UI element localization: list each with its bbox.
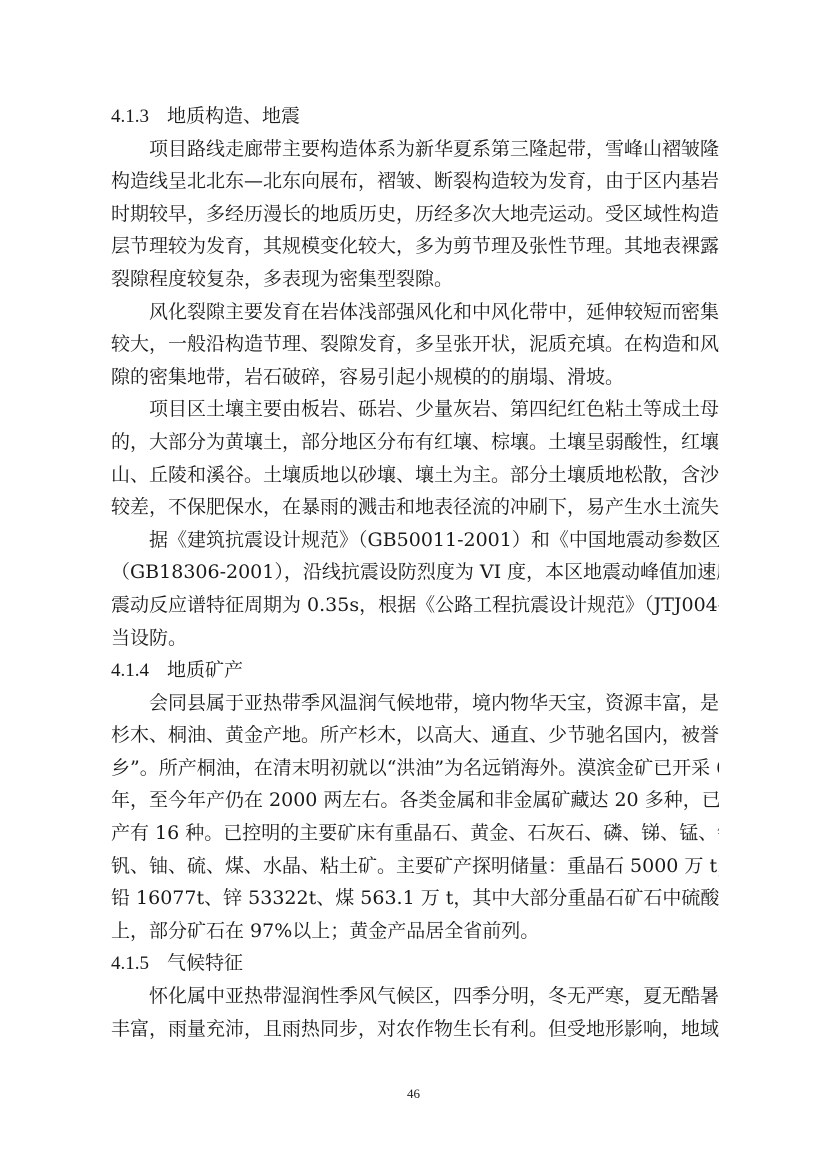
text-line: 项目区土壤主要由板岩、砾岩、少量灰岩、第四纪红色粘土等成土母质发育而成 xyxy=(111,393,719,426)
text-line: 杉木、桐油、黄金产地。所产杉木，以高大、通直、少节驰名国内，被誉为“广木之 xyxy=(111,719,719,752)
text-line: 较差，不保肥保水，在暴雨的溅击和地表径流的冲刷下，易产生水土流失。 xyxy=(111,491,719,524)
section-title: 地质矿产 xyxy=(167,659,243,681)
paragraph: 项目路线走廊带主要构造体系为新华夏系第三隆起带，雪峰山褶皱隆起带北端，构造线呈北… xyxy=(111,133,719,296)
paragraph: 项目区土壤主要由板岩、砾岩、少量灰岩、第四纪红色粘土等成土母质发育而成的，大部分… xyxy=(111,393,719,523)
section-heading: 4.1.5气候特征 xyxy=(111,947,719,980)
text-line: 铅 16077t、锌 53322t、煤 563.1 万 t，其中大部分重晶石矿石… xyxy=(111,882,719,915)
text-line: 的，大部分为黄壤土，部分地区分布有红壤、棕壤。土壤呈弱酸性，红壤多分布于低 xyxy=(111,426,719,459)
text-line: 隙的密集地带，岩石破碎，容易引起小规模的的崩塌、滑坡。 xyxy=(111,361,719,394)
text-line: 山、丘陵和溪谷。土壤质地以砂壤、壤土为主。部分土壤质地松散，含沙量多，粘性 xyxy=(111,459,719,492)
text-line: 较大，一般沿构造节理、裂隙发育，多呈张开状，泥质充填。在构造和风化节理、裂 xyxy=(111,328,719,361)
section-title: 地质构造、地震 xyxy=(167,105,300,127)
text-line: 上，部分矿石在 97%以上；黄金产品居全省前列。 xyxy=(111,915,719,948)
document-page: 4.1.3地质构造、地震项目路线走廊带主要构造体系为新华夏系第三隆起带，雪峰山褶… xyxy=(111,100,719,1045)
section-title: 气候特征 xyxy=(167,952,243,974)
text-line: 据《建筑抗震设计规范》（GB50011-2001）和《中国地震动参数区划图》 xyxy=(111,524,719,557)
text-line: 层节理较为发育，其规模变化较大，多为剪节理及张性节理。其地表裸露部分表现的 xyxy=(111,230,719,263)
section-number: 4.1.3 xyxy=(111,101,167,134)
text-line: 裂隙程度较复杂，多表现为密集型裂隙。 xyxy=(111,263,719,296)
section-heading: 4.1.3地质构造、地震 xyxy=(111,100,719,133)
text-line: 震动反应谱特征周期为 0.35s，根据《公路工程抗震设计规范》（JTJ004-8… xyxy=(111,589,719,622)
section-number: 4.1.4 xyxy=(111,655,167,688)
text-line: 产有 16 种。已控明的主要矿床有重晶石、黄金、石灰石、磷、锑、锰、锌、钴、铁、 xyxy=(111,817,719,850)
section-heading: 4.1.4地质矿产 xyxy=(111,654,719,687)
text-line: 钒、铀、硫、煤、水晶、粘土矿。主要矿产探明储量：重晶石 5000 万 t，黄金 … xyxy=(111,850,719,883)
text-line: 构造线呈北北东—北东向展布，褶皱、断裂构造较为发育，由于区内基岩类地层形成 xyxy=(111,165,719,198)
text-line: 怀化属中亚热带湿润性季风气候区，四季分明，冬无严寒，夏无酷暑，光热资源 xyxy=(111,980,719,1013)
page-number: 46 xyxy=(0,1086,827,1102)
section-number: 4.1.5 xyxy=(111,948,167,981)
paragraph: 据《建筑抗震设计规范》（GB50011-2001）和《中国地震动参数区划图》（G… xyxy=(111,524,719,654)
paragraph: 风化裂隙主要发育在岩体浅部强风化和中风化带中，延伸较短而密集，产状变化较大，一般… xyxy=(111,296,719,394)
paragraph: 会同县属于亚热带季风温润气候地带，境内物华天宝，资源丰富，是久负盛名的杉木、桐油… xyxy=(111,687,719,948)
text-line: 乡”。所产桐油，在清末明初就以“洪油”为名远销海外。漠滨金矿已开采 600 余 xyxy=(111,752,719,785)
text-line: 会同县属于亚热带季风温润气候地带，境内物华天宝，资源丰富，是久负盛名的 xyxy=(111,687,719,720)
text-line: 丰富，雨量充沛，且雨热同步，对农作物生长有利。但受地形影响，地域差异和垂直 xyxy=(111,1013,719,1046)
text-line: 当设防。 xyxy=(111,622,719,655)
text-line: （GB18306-2001），沿线抗震设防烈度为 VI 度，本区地震动峰值加速度… xyxy=(111,556,719,589)
text-line: 年，至今年产仍在 2000 两左右。各类金属和非金属矿藏达 20 多种，已探明储… xyxy=(111,784,719,817)
text-line: 风化裂隙主要发育在岩体浅部强风化和中风化带中，延伸较短而密集，产状变化 xyxy=(111,296,719,329)
paragraph: 怀化属中亚热带湿润性季风气候区，四季分明，冬无严寒，夏无酷暑，光热资源丰富，雨量… xyxy=(111,980,719,1045)
text-line: 项目路线走廊带主要构造体系为新华夏系第三隆起带，雪峰山褶皱隆起带北端， xyxy=(111,133,719,166)
text-line: 时期较早，多经历漫长的地质历史，历经多次大地壳运动。受区域性构造的影响，岩 xyxy=(111,198,719,231)
